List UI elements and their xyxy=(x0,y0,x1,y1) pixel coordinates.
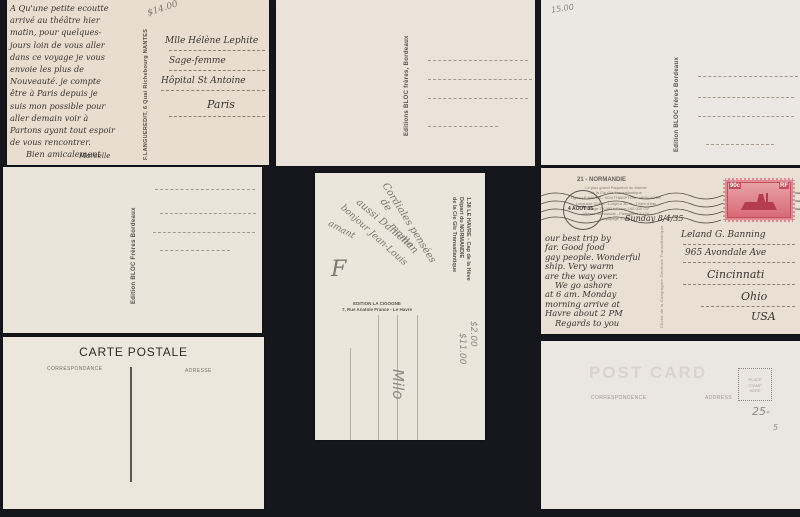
stamp-value: 90c xyxy=(729,183,741,189)
address-line: USA xyxy=(751,310,776,323)
correspondence-label: CORRESPONDENCE xyxy=(591,395,646,401)
message-line: matin, pour quelques- xyxy=(10,26,115,38)
ship-icon xyxy=(739,190,779,214)
stamp-box: PLACE STAMP HERE xyxy=(738,368,772,401)
message-line: A Qu'une petite ecoutte xyxy=(10,2,115,14)
address-line: 965 Avondale Ave xyxy=(685,248,766,258)
card-title: 21 - NORMANDIE xyxy=(577,177,626,183)
publisher-block: EDITION LA CIGOGNE 7, Rue Anatole France… xyxy=(315,301,439,313)
message-line: Nouveauté. je compte xyxy=(10,75,115,87)
signature: Marcelle xyxy=(79,152,110,160)
postcard-4-blank[interactable]: Edition BLOC Frères Bordeaux xyxy=(3,167,262,333)
stamp-country: RF xyxy=(779,183,789,189)
price-note: 25- xyxy=(752,405,770,418)
message-line: dans ce voyage je vous xyxy=(10,51,115,63)
publisher-text: Edition BLOC Frères Bordeaux xyxy=(131,207,137,304)
address-line: Sage-femme xyxy=(169,56,226,66)
address-line: Paris xyxy=(207,98,235,111)
postcard-7-carte-postale[interactable]: CARTE POSTALE CORRESPONDANCE ADRESSE xyxy=(3,337,264,509)
message-line: Regards to you xyxy=(545,319,640,328)
address-line: Mlle Hélène Lephite xyxy=(165,36,258,46)
postcard-1-handwritten[interactable]: A Qu'une petite ecoutte arrivé au théâtr… xyxy=(7,0,269,165)
address-line: Ohio xyxy=(741,290,767,303)
address-line: Cincinnati xyxy=(707,268,764,281)
publisher-text: F.LANGUEREDIT, 6 Quai Richebourg NANTES xyxy=(143,29,149,160)
message-block: A Qu'une petite ecoutte arrivé au théâtr… xyxy=(10,2,115,161)
address-label: ADDRESS xyxy=(705,395,732,401)
price-note: $14.00 xyxy=(146,0,179,19)
message-line: envoie les plus de xyxy=(10,63,115,75)
message-line: jours loin de vous aller xyxy=(10,39,115,51)
price-note: $2.00 xyxy=(468,321,478,347)
divider-line xyxy=(130,367,132,482)
price-note: 15.00 xyxy=(550,2,574,14)
message-block: our best trip by far. Good food gay peop… xyxy=(545,234,640,328)
postmark-date: 4 AOUT 35 xyxy=(568,206,593,212)
card-title: POST CARD xyxy=(589,363,707,383)
postcard-8-post-card[interactable]: POST CARD CORRESPONDENCE ADDRESS PLACE S… xyxy=(541,341,800,509)
postcard-3-blank[interactable]: 15.00 Edition BLOC frères Bordeaux xyxy=(541,0,800,165)
publisher-text: Edition BLOC frères Bordeaux xyxy=(674,57,680,152)
caption-line: Départ du NORMANDIE xyxy=(458,197,464,258)
adresse-label: ADRESSE xyxy=(185,368,212,374)
message-line: arrivé au théâtre hier xyxy=(10,14,115,26)
message-line: suis mon possible pour xyxy=(10,100,115,112)
price-note-secondary: 5 xyxy=(773,423,778,432)
postcard-2-blank[interactable]: Editions BLOC frères, Bordeaux xyxy=(276,0,535,166)
message-line: être à Paris depuis je xyxy=(10,87,115,99)
address-line: Hôpital St Antoine xyxy=(161,76,246,86)
card-title: CARTE POSTALE xyxy=(3,345,264,359)
publisher-text: Cliché de la Compagnie Générale Transatl… xyxy=(659,225,664,328)
date-note: Sunday 8/4/35 xyxy=(625,214,684,223)
message-line: de vous rencontrer. xyxy=(10,136,115,148)
message-line: Partons ayant tout espoir xyxy=(10,124,115,136)
postcard-5-le-havre[interactable]: 1.38 LE HAVRE - Cap de la Hève Départ du… xyxy=(315,173,485,440)
correspondance-label: CORRESPONDANCE xyxy=(47,366,102,372)
stamp-box-line: HERE xyxy=(739,388,771,394)
message-line: aller demain voir à xyxy=(10,112,115,124)
publisher-text: Editions BLOC frères, Bordeaux xyxy=(404,35,410,136)
postcard-6-normandie[interactable]: 21 - NORMANDIE Le plus grand Paquebot du… xyxy=(541,168,800,334)
address-line: Leland G. Banning xyxy=(681,230,766,240)
pencil-note: Milo xyxy=(389,369,407,399)
signature-initial: F xyxy=(331,257,346,282)
postage-stamp: 90c RF xyxy=(723,178,795,222)
caption-line: de la Cie Gle Transatlantique xyxy=(451,197,457,272)
caption-line: 1.38 LE HAVRE - Cap de la Hève xyxy=(465,197,471,281)
price-note: $11.00 xyxy=(457,333,467,365)
publisher-line: 7, Rue Anatole France - Le Havre xyxy=(315,307,439,313)
